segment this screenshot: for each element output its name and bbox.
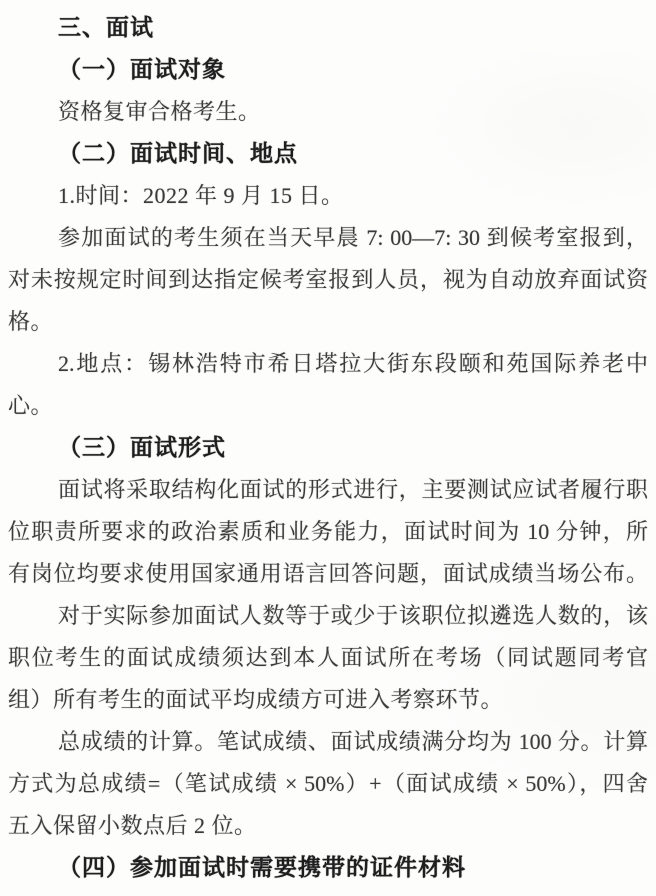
scanned-document-page: 三、面试（一）面试对象资格复审合格考生。（二）面试时间、地点1.时间：2022 … xyxy=(0,0,656,896)
section-heading: （二）面试时间、地点 xyxy=(8,133,648,175)
paragraph-line: 方式为总成绩=（笔试成绩 × 50%）+（面试成绩 × 50%），四舍 xyxy=(8,763,648,805)
section-heading: （一）面试对象 xyxy=(8,49,648,91)
paragraph-line: 五入保留小数点后 2 位。 xyxy=(8,805,648,847)
paragraph-line: 位职责所要求的政治素质和业务能力，面试时间为 10 分钟，所 xyxy=(8,511,648,553)
paragraph-line: 对于实际参加面试人数等于或少于该职位拟遴选人数的，该 xyxy=(8,595,648,637)
paragraph-line: 心。 xyxy=(8,385,648,427)
paragraph-line: 面试将采取结构化面试的形式进行，主要测试应试者履行职 xyxy=(8,469,648,511)
paragraph-line: 参加面试的考生须在当天早晨 7: 00—7: 30 到候考室报到， xyxy=(8,217,648,259)
section-heading: （四）参加面试时需要携带的证件材料 xyxy=(8,847,648,889)
paragraph-line: 职位考生的面试成绩须达到本人面试所在考场（同试题同考官 xyxy=(8,637,648,679)
paragraph-line: 资格复审合格考生。 xyxy=(8,91,648,133)
paragraph-line: 总成绩的计算。笔试成绩、面试成绩满分均为 100 分。计算 xyxy=(8,721,648,763)
section-heading: 三、面试 xyxy=(8,7,648,49)
paragraph-line: 2.地点：锡林浩特市希日塔拉大街东段颐和苑国际养老中 xyxy=(8,343,648,385)
paragraph-line: 1.时间：2022 年 9 月 15 日。 xyxy=(8,175,648,217)
document-content: 三、面试（一）面试对象资格复审合格考生。（二）面试时间、地点1.时间：2022 … xyxy=(8,7,648,889)
paragraph-line: 对未按规定时间到达指定候考室报到人员，视为自动放弃面试资 xyxy=(8,259,648,301)
paragraph-line: 组）所有考生的面试平均成绩方可进入考察环节。 xyxy=(8,679,648,721)
paragraph-line: 格。 xyxy=(8,301,648,343)
section-heading: （三）面试形式 xyxy=(8,427,648,469)
paragraph-line: 有岗位均要求使用国家通用语言回答问题，面试成绩当场公布。 xyxy=(8,553,648,595)
